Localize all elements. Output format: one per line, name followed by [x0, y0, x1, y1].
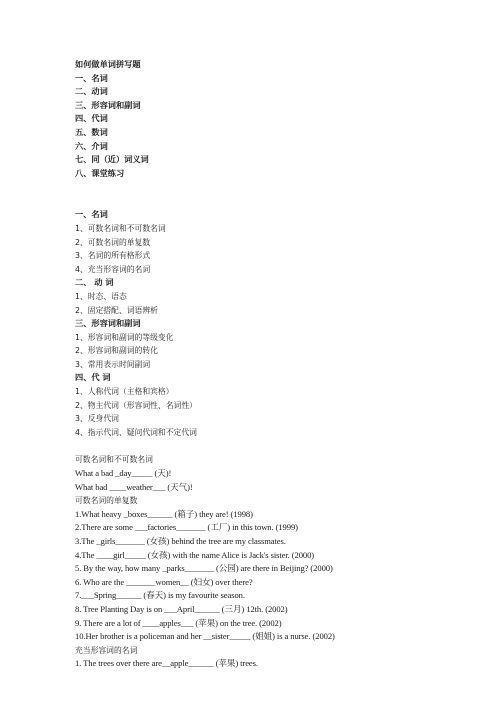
exercise-section-title: 充当形容词的名词	[75, 644, 455, 658]
exercise-line: 1.What heavy _boxes______ (箱子) they are!…	[75, 508, 455, 522]
toc-item: 二、动词	[75, 85, 455, 99]
outline-item: 1、时态、语态	[75, 290, 455, 304]
exercise-line: 10.Her brother is a policeman and her __…	[75, 630, 455, 644]
toc-item: 六、介词	[75, 140, 455, 154]
toc-item: 七、同（近）词义词	[75, 153, 455, 167]
exercise-line: 3.The _girls_______ (女孩) behind the tree…	[75, 535, 455, 549]
toc-item: 三、形容词和副词	[75, 99, 455, 113]
exercise-line: 6. Who are the _______women__ (妇女) over …	[75, 576, 455, 590]
document-title: 如何做单词拼写题	[75, 58, 455, 72]
outline-heading: 三、形容词和副词	[75, 317, 455, 331]
exercise-line: 4.The ____girl_____ (女孩) with the name A…	[75, 549, 455, 563]
exercise-line: What bad ____weather___ (天气)!	[75, 481, 455, 495]
exercise-line: 9. There are a lot of ____apples___ (苹果)…	[75, 617, 455, 631]
outline-item: 2、形容词和副词的转化	[75, 344, 455, 358]
exercise-section-title: 可数名词和不可数名词	[75, 453, 455, 467]
spacer	[75, 194, 455, 208]
document-page: 如何做单词拼写题 一、名词 二、动词 三、形容词和副词 四、代词 五、数词 六、…	[75, 58, 455, 671]
outline-item: 4、充当形容词的名词	[75, 263, 455, 277]
outline-item: 1、形容词和副词的等级变化	[75, 331, 455, 345]
spacer	[75, 439, 455, 453]
exercise-line: 8. Tree Planting Day is on ___April_____…	[75, 603, 455, 617]
spacer	[75, 180, 455, 194]
outline-item: 3、名词的所有格形式	[75, 249, 455, 263]
outline-item: 1、人称代词（主格和宾格）	[75, 385, 455, 399]
exercise-line: 5. By the way, how many _parks_______ (公…	[75, 562, 455, 576]
outline-item: 4、指示代词、疑问代词和不定代词	[75, 426, 455, 440]
outline-item: 1、可数名词和不可数名词	[75, 222, 455, 236]
exercise-line: 1. The trees over there are__apple______…	[75, 657, 455, 671]
toc-item: 八、课堂练习	[75, 167, 455, 181]
outline-heading: 一、名词	[75, 208, 455, 222]
outline-item: 2、固定搭配、词语辨析	[75, 304, 455, 318]
outline-item: 2、物主代词（形容词性、名词性）	[75, 399, 455, 413]
outline-heading: 二、 动 词	[75, 276, 455, 290]
outline-item: 3、常用表示时间副词	[75, 358, 455, 372]
outline-item: 3、反身代词	[75, 412, 455, 426]
toc-item: 四、代词	[75, 112, 455, 126]
exercise-line: What a bad _day_____ (天)!	[75, 467, 455, 481]
outline-heading: 四、代 词	[75, 371, 455, 385]
toc-item: 五、数词	[75, 126, 455, 140]
outline-item: 2、可数名词的单复数	[75, 236, 455, 250]
exercise-line: 2.There are some ___factories_______ (工厂…	[75, 521, 455, 535]
exercise-section-title: 可数名词的单复数	[75, 494, 455, 508]
exercise-line: 7.___Spring______ (春天) is my favourite s…	[75, 589, 455, 603]
toc-item: 一、名词	[75, 72, 455, 86]
